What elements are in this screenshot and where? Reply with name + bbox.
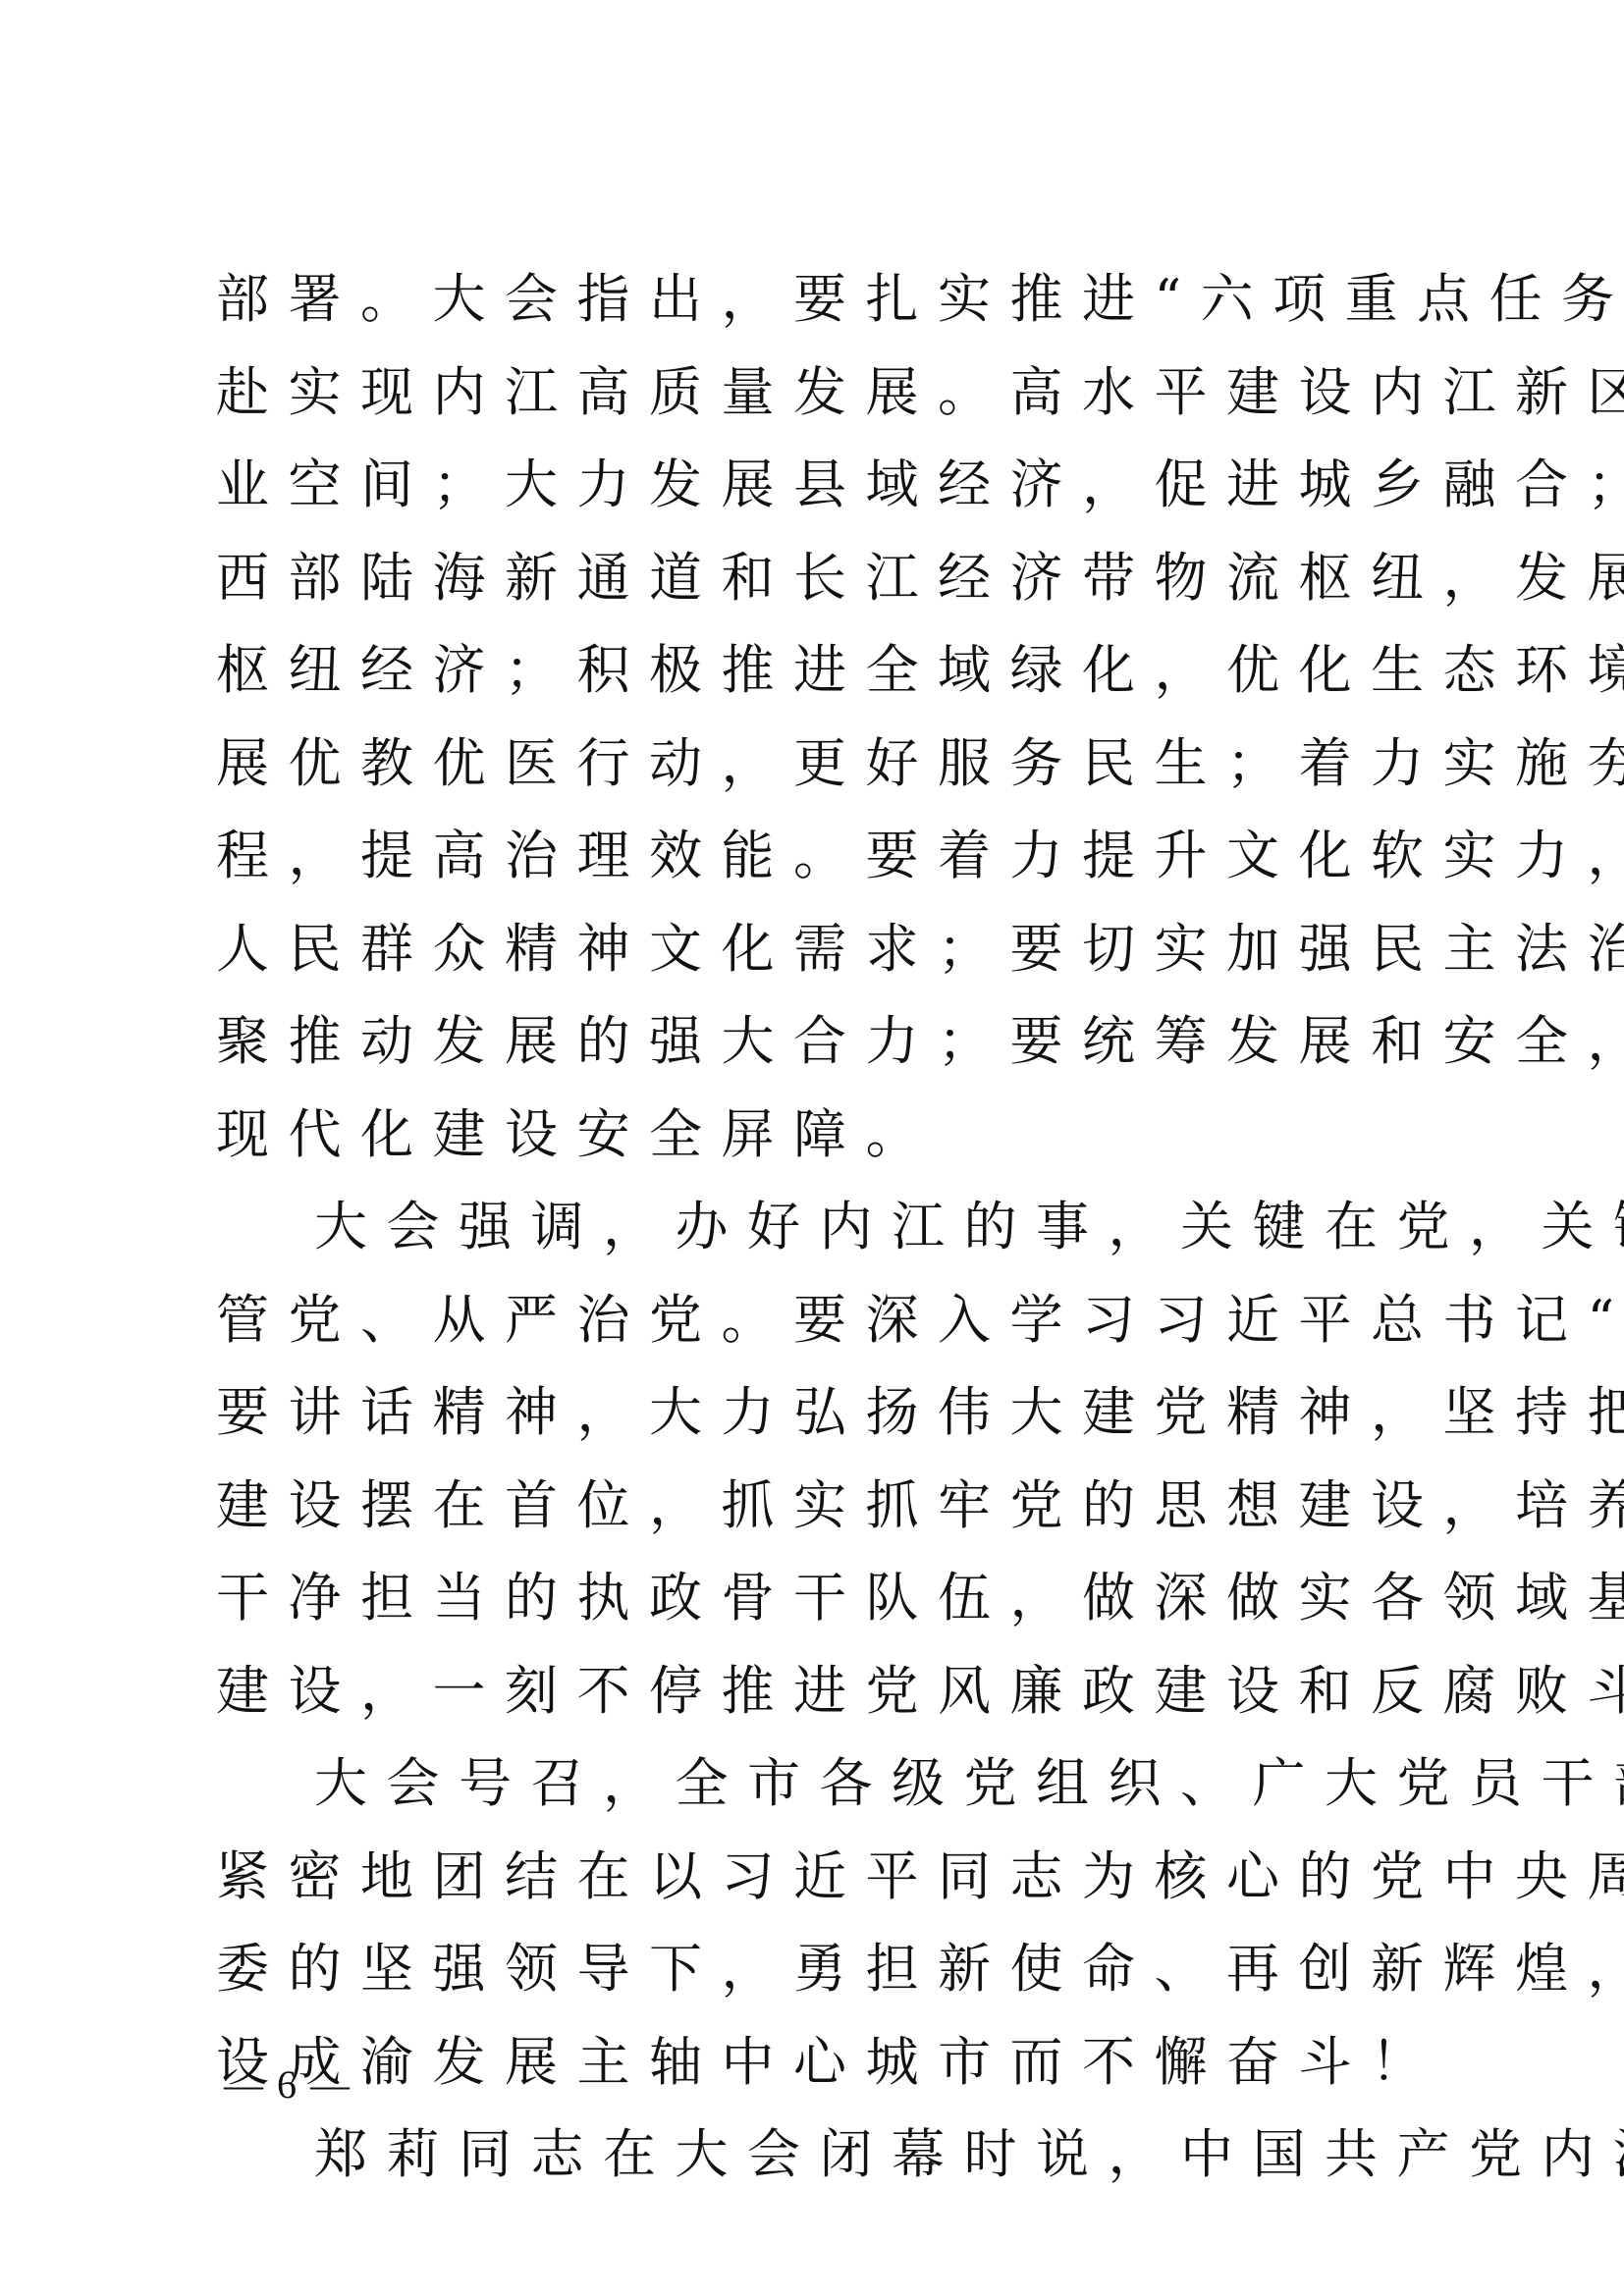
text-line: 委的坚强领导下，勇担新使命、再创新辉煌，为加快建: [216, 1923, 1426, 2016]
text-line: 建设摆在首位，抓实抓牢党的思想建设，培养造就忠诚: [216, 1460, 1426, 1553]
document-page: 部署。大会指出，要扎实推进“六项重点任务”，全力以赴实现内江高质量发展。高水平建…: [0, 0, 1624, 2296]
text-line: 建设，一刻不停推进党风廉政建设和反腐败斗争。: [216, 1645, 1426, 1738]
text-line: 郑莉同志在大会闭幕时说，中国共产党内江市第八: [216, 2109, 1426, 2202]
text-line: 赴实现内江高质量发展。高水平建设内江新区，拓展产: [216, 347, 1426, 440]
text-line: 紧密地团结在以习近平同志为核心的党中央周围，在省: [216, 1831, 1426, 1924]
text-line: 展优教优医行动，更好服务民生；着力实施夯基固本工: [216, 718, 1426, 811]
text-line: 人民群众精神文化需求；要切实加强民主法治建设，凝: [216, 903, 1426, 996]
text-line: 业空间；大力发展县域经济，促进城乡融合；加快建设: [216, 439, 1426, 532]
text-line: 西部陆海新通道和长江经济带物流枢纽，发展通道经济: [216, 532, 1426, 625]
text-line: 干净担当的执政骨干队伍，做深做实各领域基层党组织: [216, 1552, 1426, 1645]
text-line: 程，提高治理效能。要着力提升文化软实力，不断满足: [216, 810, 1426, 903]
text-line: 聚推动发展的强大合力；要统筹发展和安全，筑牢内江: [216, 995, 1426, 1089]
text-line: 大会号召，全市各级党组织、广大党员干部要更加: [216, 1737, 1426, 1831]
text-line: 部署。大会指出，要扎实推进“六项重点任务”，全力以: [216, 253, 1426, 347]
text-line: 枢纽经济；积极推进全域绿化，优化生态环境；务实开: [216, 624, 1426, 718]
text-line: 现代化建设安全屏障。: [216, 1089, 1426, 1182]
text-line: 大会强调，办好内江的事，关键在党，关键在党要: [216, 1181, 1426, 1274]
page-number: — 6 —: [224, 2061, 352, 2108]
body-text: 部署。大会指出，要扎实推进“六项重点任务”，全力以赴实现内江高质量发展。高水平建…: [216, 253, 1426, 2202]
text-line: 要讲话精神，大力弘扬伟大建党精神，坚持把党的政治: [216, 1366, 1426, 1460]
text-line: 管党、从严治党。要深入学习习近平总书记“七一”重: [216, 1274, 1426, 1367]
text-line: 设成渝发展主轴中心城市而不懈奋斗！: [216, 2016, 1426, 2109]
